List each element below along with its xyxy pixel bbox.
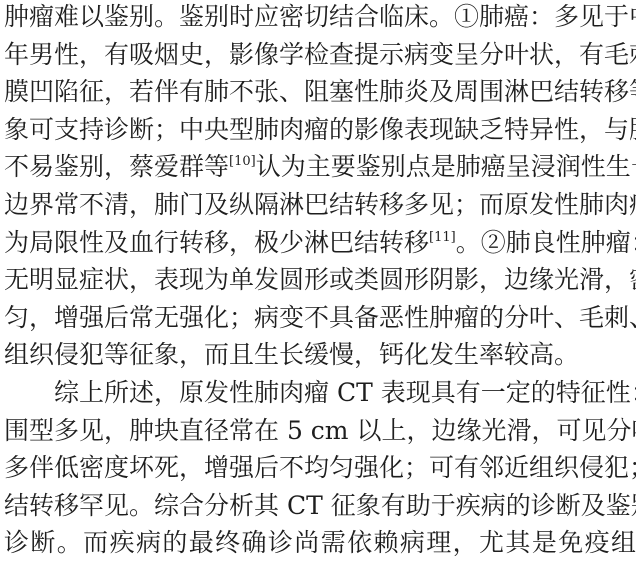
text-segment: 认为主要鉴别点是肺癌呈浸润性生长， xyxy=(256,152,636,181)
paper-text-body: 肿瘤难以鉴别。鉴别时应密切结合临床。①肺癌：多见于中老 年男性，有吸烟史，影像学… xyxy=(4,0,636,564)
text-line-8: 无明显症状，表现为单发圆形或类圆形阴影，边缘光滑，密度均 xyxy=(4,263,636,301)
text-segment: 为局限性及血行转移，极少淋巴结转移 xyxy=(4,228,429,257)
text-line-3: 膜凹陷征，若伴有肺不张、阻塞性肺炎及周围淋巴结转移等征 xyxy=(4,75,636,113)
citation-ref-10[interactable]: [10] xyxy=(229,154,256,169)
text-line-2: 年男性，有吸烟史，影像学检查提示病变呈分叶状，有毛刺及胸 xyxy=(4,38,636,76)
text-line-1: 肿瘤难以鉴别。鉴别时应密切结合临床。①肺癌：多见于中老 xyxy=(4,0,636,38)
text-line-12: 围型多见，肿块直径常在 5 cm 以上，边缘光滑，可见分叶，内部 xyxy=(4,414,636,452)
text-line-6: 边界常不清，肺门及纵隔淋巴结转移多见；而原发性肺肉瘤多 xyxy=(4,188,636,226)
text-line-4: 象可支持诊断；中央型肺肉瘤的影像表现缺乏特异性，与肺癌 xyxy=(4,113,636,151)
text-segment: 不易鉴别，蔡爱群等 xyxy=(4,152,229,181)
text-line-13: 多伴低密度坏死，增强后不均匀强化；可有邻近组织侵犯；淋巴 xyxy=(4,451,636,489)
text-line-15: 诊断。而疾病的最终确诊尚需依赖病理，尤其是免疫组 xyxy=(4,526,636,564)
text-line-5: 不易鉴别，蔡爱群等[10]认为主要鉴别点是肺癌呈浸润性生长， xyxy=(4,150,636,188)
text-line-11: 综上所述，原发性肺肉瘤 CT 表现具有一定的特征性：周 xyxy=(4,376,636,414)
citation-ref-11[interactable]: [11] xyxy=(429,230,456,245)
text-segment: 。②肺良性肿瘤：常 xyxy=(456,228,636,257)
text-line-9: 匀，增强后常无强化；病变不具备恶性肿瘤的分叶、毛刺、周围 xyxy=(4,301,636,339)
text-line-14: 结转移罕见。综合分析其 CT 征象有助于疾病的诊断及鉴别 xyxy=(4,489,636,527)
text-line-10: 组织侵犯等征象，而且生长缓慢，钙化发生率较高。 xyxy=(4,338,636,376)
text-line-7: 为局限性及血行转移，极少淋巴结转移[11]。②肺良性肿瘤：常 xyxy=(4,226,636,264)
